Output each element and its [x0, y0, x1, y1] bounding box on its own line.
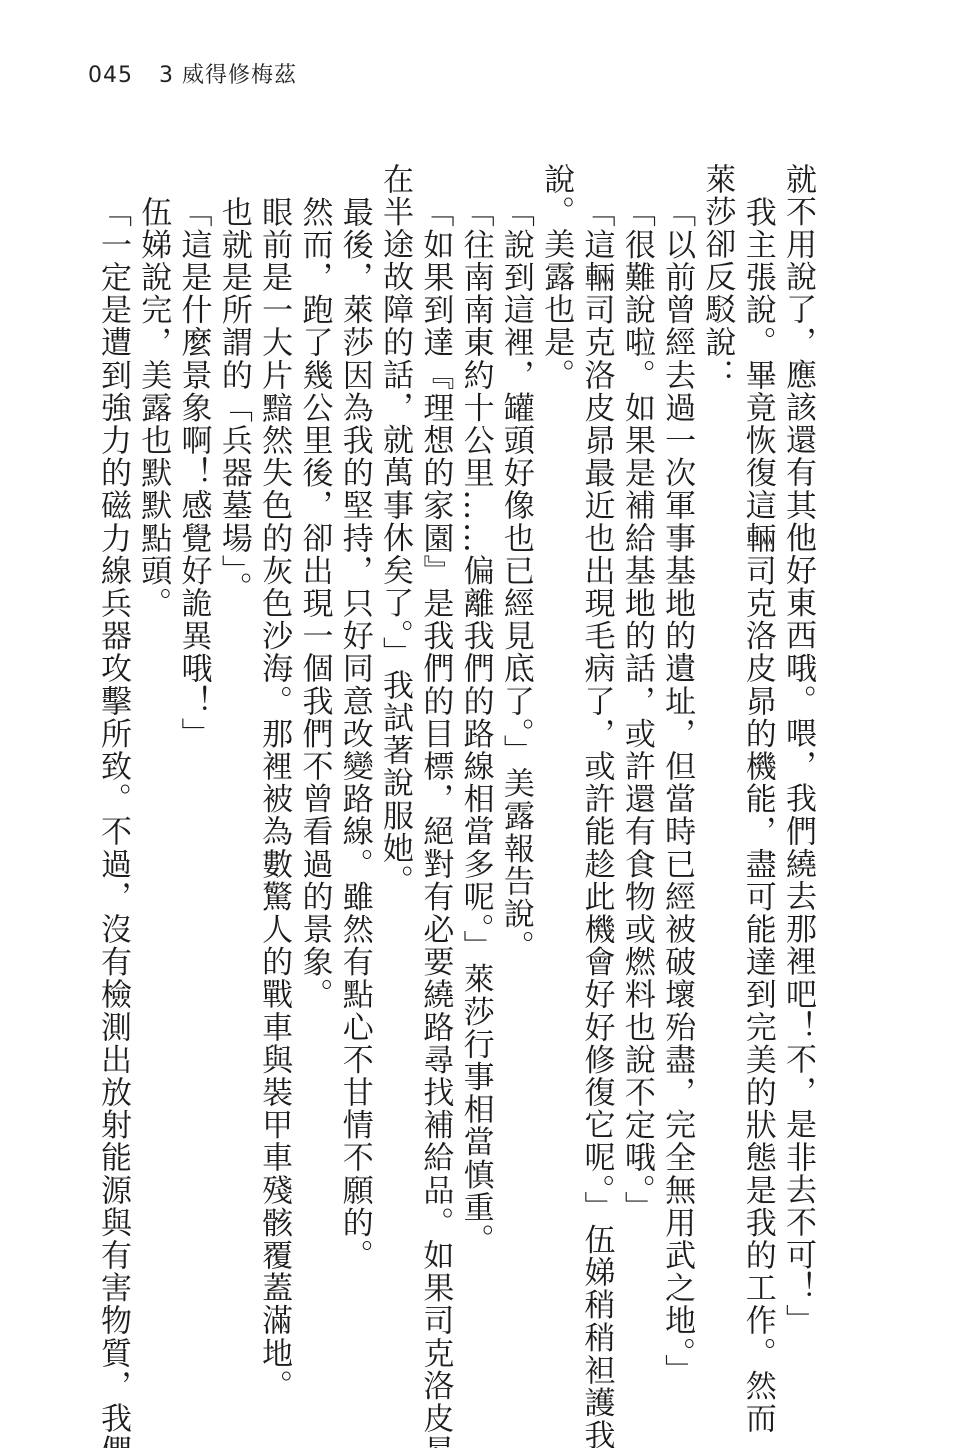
- text-column: 然而，跑了幾公里後，卻出現一個我們不曾看過的景象。: [294, 163, 334, 1348]
- text-column: 眼前是一大片黯然失色的灰色沙海。那裡被為數驚人的戰車與裝甲車殘骸覆蓋滿地。: [254, 163, 294, 1348]
- text-column: 伍娣說完，美露也默默點頭。: [133, 163, 173, 1348]
- page-number: 045: [88, 63, 133, 88]
- vertical-body-text: 就不用說了，應該還有其他好東西哦。喂，我們繞去那裡吧！不，是非去不可！」 我主張…: [93, 163, 818, 1348]
- text-column: 萊莎卻反駁說：: [697, 163, 737, 1348]
- running-head: 0453 威得修梅茲: [88, 58, 297, 89]
- text-column: 也就是所謂的「兵器墓場」。: [214, 163, 254, 1348]
- text-column: 就不用說了，應該還有其他好東西哦。喂，我們繞去那裡吧！不，是非去不可！」: [778, 163, 818, 1348]
- text-column: 「這是什麼景象啊！感覺好詭異哦！」: [173, 163, 213, 1348]
- text-column: 在半途故障的話，就萬事休矣了。」我試著說服她。: [375, 163, 415, 1348]
- text-column: 「說到這裡，罐頭好像也已經見底了。」美露報告說。: [496, 163, 536, 1348]
- text-column: 說。美露也是。: [536, 163, 576, 1348]
- text-column: 「一定是遭到強力的磁力線兵器攻擊所致。不過，沒有檢測出放射能源與有害物質，我們: [93, 163, 133, 1348]
- chapter-title: 3 威得修梅茲: [159, 63, 297, 88]
- text-column: 「以前曾經去過一次軍事基地的遺址，但當時已經被破壞殆盡，完全無用武之地。」: [657, 163, 697, 1348]
- text-column: 「往南南東約十公里……偏離我們的路線相當多呢。」萊莎行事相當慎重。: [455, 163, 495, 1348]
- text-column: 我主張說。畢竟恢復這輛司克洛皮昴的機能，盡可能達到完美的狀態是我的工作。然而: [737, 163, 777, 1348]
- text-column: 「如果到達『理想的家園』是我們的目標，絕對有必要繞路尋找補給品。如果司克洛皮昴: [415, 163, 455, 1348]
- text-column: 最後，萊莎因為我的堅持，只好同意改變路線。雖然有點心不甘情不願的。: [334, 163, 374, 1348]
- text-column: 「很難說啦。如果是補給基地的話，或許還有食物或燃料也說不定哦。」: [617, 163, 657, 1348]
- text-column: 「這輛司克洛皮昴最近也出現毛病了，或許能趁此機會好好修復它呢。」伍娣稍稍袒護我: [576, 163, 616, 1348]
